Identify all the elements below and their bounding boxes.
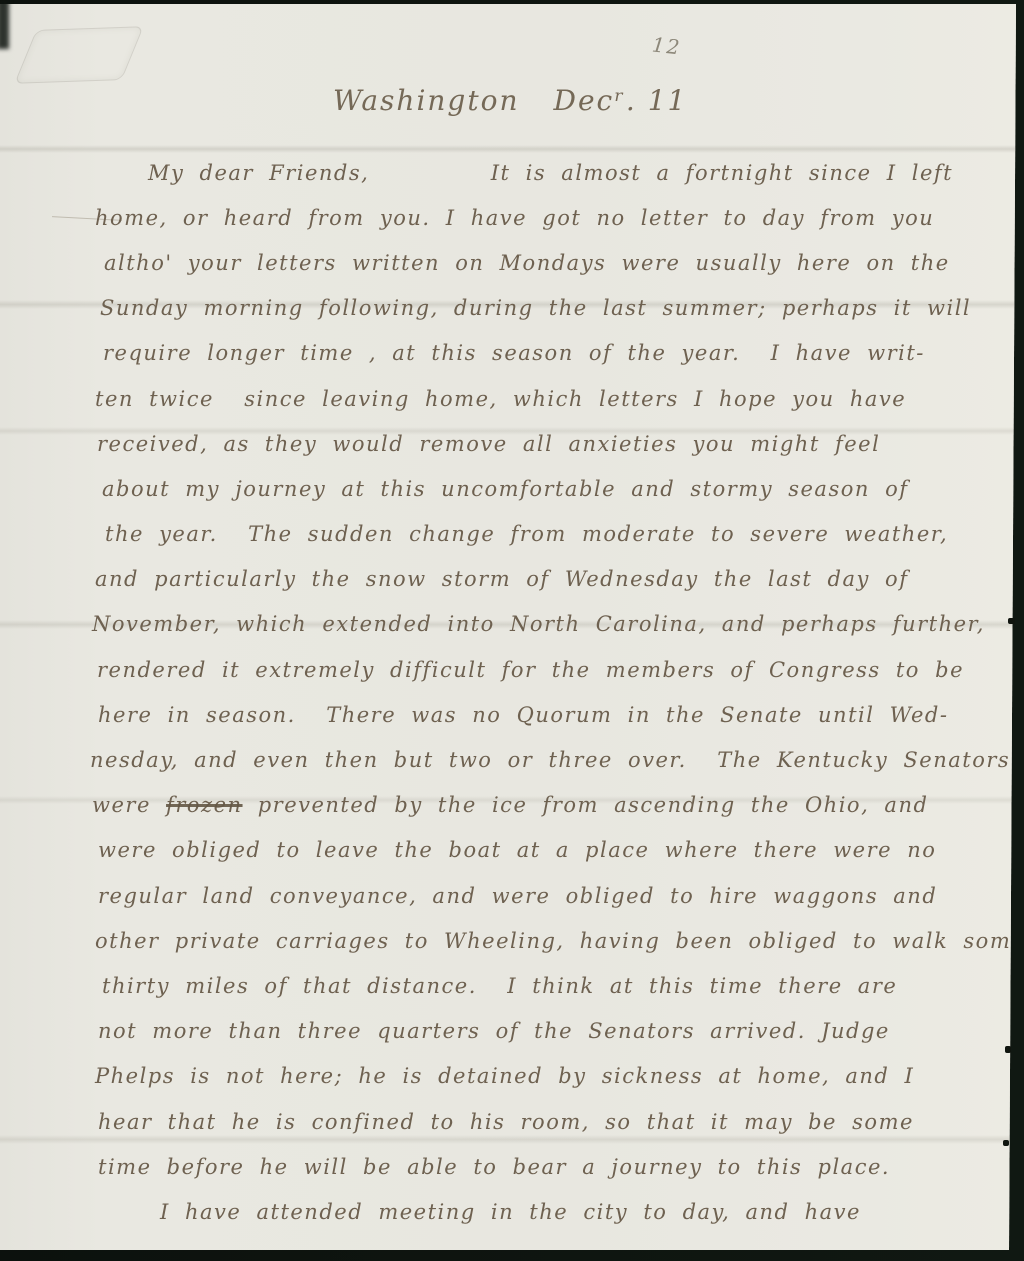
letter-line: thirty miles of that distance. I think a… xyxy=(0,963,1016,1008)
page-number: 12 xyxy=(651,33,683,60)
line-text: rendered it extremely difficult for the … xyxy=(97,658,964,682)
letter-line: My dear Friends, It is almost a fortnigh… xyxy=(0,150,1016,195)
letter-line: require longer time , at this season of … xyxy=(0,331,1016,376)
line-text: hear that he is confined to his room, so… xyxy=(98,1110,914,1134)
line-text: Phelps is not here; he is detained by si… xyxy=(95,1064,914,1088)
letter-line: time before he will be able to bear a jo… xyxy=(0,1144,1016,1189)
letter-line: home, or heard from you. I have got no l… xyxy=(0,195,1016,240)
line-text: nesday, and even then but two or three o… xyxy=(90,748,1010,772)
letter-line: received, as they would remove all anxie… xyxy=(0,421,1016,466)
scan-background: 12 WashingtonDecʳ. 11 My dear Friends, I… xyxy=(0,0,1024,1261)
line-text: other private carriages to Wheeling, hav… xyxy=(95,929,1016,953)
line-text: prevented by the ice from ascending the … xyxy=(243,793,929,817)
line-text: were xyxy=(92,793,166,817)
letter-line: here in season. There was no Quorum in t… xyxy=(0,692,1016,737)
letter-line: were obliged to leave the boat at a plac… xyxy=(0,828,1016,873)
line-text: require longer time , at this season of … xyxy=(103,341,925,365)
line-text: Sunday morning following, during the las… xyxy=(100,296,971,320)
letter-line: about my journey at this uncomfortable a… xyxy=(0,466,1016,511)
line-text: here in season. There was no Quorum in t… xyxy=(98,703,948,727)
letter-page: 12 WashingtonDecʳ. 11 My dear Friends, I… xyxy=(0,4,1016,1250)
scan-edge-speck xyxy=(1008,618,1015,624)
letter-line: and particularly the snow storm of Wedne… xyxy=(0,557,1016,602)
scan-edge-speck xyxy=(1003,1140,1009,1146)
line-text: were obliged to leave the boat at a plac… xyxy=(98,838,936,862)
line-text: received, as they would remove all anxie… xyxy=(97,432,880,456)
scan-edge-speck xyxy=(1005,1046,1011,1053)
letter-line: regular land conveyance, and were oblige… xyxy=(0,873,1016,918)
line-text: I have attended meeting in the city to d… xyxy=(160,1200,861,1224)
letter-line: November, which extended into North Caro… xyxy=(0,602,1016,647)
embossed-stamp xyxy=(14,26,144,84)
letter-body: My dear Friends, It is almost a fortnigh… xyxy=(0,150,1016,1235)
line-text: My dear Friends, It is almost a fortnigh… xyxy=(148,161,953,185)
letter-line: not more than three quarters of the Sena… xyxy=(0,1009,1016,1054)
letter-line: Phelps is not here; he is detained by si… xyxy=(0,1054,1016,1099)
letter-line: ten twice since leaving home, which lett… xyxy=(0,376,1016,421)
letter-line: Sunday morning following, during the las… xyxy=(0,286,1016,331)
line-text: thirty miles of that distance. I think a… xyxy=(102,974,897,998)
heading-place: Washington xyxy=(333,84,520,117)
heading-date: Decʳ. 11 xyxy=(554,84,688,117)
letter-line: the year. The sudden change from moderat… xyxy=(0,512,1016,557)
line-text: altho' your letters written on Mondays w… xyxy=(104,251,950,275)
letter-line: nesday, and even then but two or three o… xyxy=(0,737,1016,782)
struck-word: frozen xyxy=(166,793,242,817)
letter-line: other private carriages to Wheeling, hav… xyxy=(0,918,1016,963)
line-text: the year. The sudden change from moderat… xyxy=(105,522,948,546)
line-text: ten twice since leaving home, which lett… xyxy=(95,387,906,411)
letter-line: rendered it extremely difficult for the … xyxy=(0,647,1016,692)
line-text: and particularly the snow storm of Wedne… xyxy=(95,567,908,591)
scan-edge-notch xyxy=(0,0,9,49)
line-text: time before he will be able to bear a jo… xyxy=(98,1155,890,1179)
letter-line: altho' your letters written on Mondays w… xyxy=(0,240,1016,285)
line-text: regular land conveyance, and were oblige… xyxy=(98,884,937,908)
line-text: November, which extended into North Caro… xyxy=(92,612,985,636)
letter-line: were frozen prevented by the ice from as… xyxy=(0,783,1016,828)
letter-heading: WashingtonDecʳ. 11 xyxy=(333,84,687,117)
letter-line: I have attended meeting in the city to d… xyxy=(0,1189,1016,1234)
letter-line: hear that he is confined to his room, so… xyxy=(0,1099,1016,1144)
line-text: about my journey at this uncomfortable a… xyxy=(102,477,909,501)
line-text: home, or heard from you. I have got no l… xyxy=(95,206,934,230)
line-text: not more than three quarters of the Sena… xyxy=(98,1019,890,1043)
